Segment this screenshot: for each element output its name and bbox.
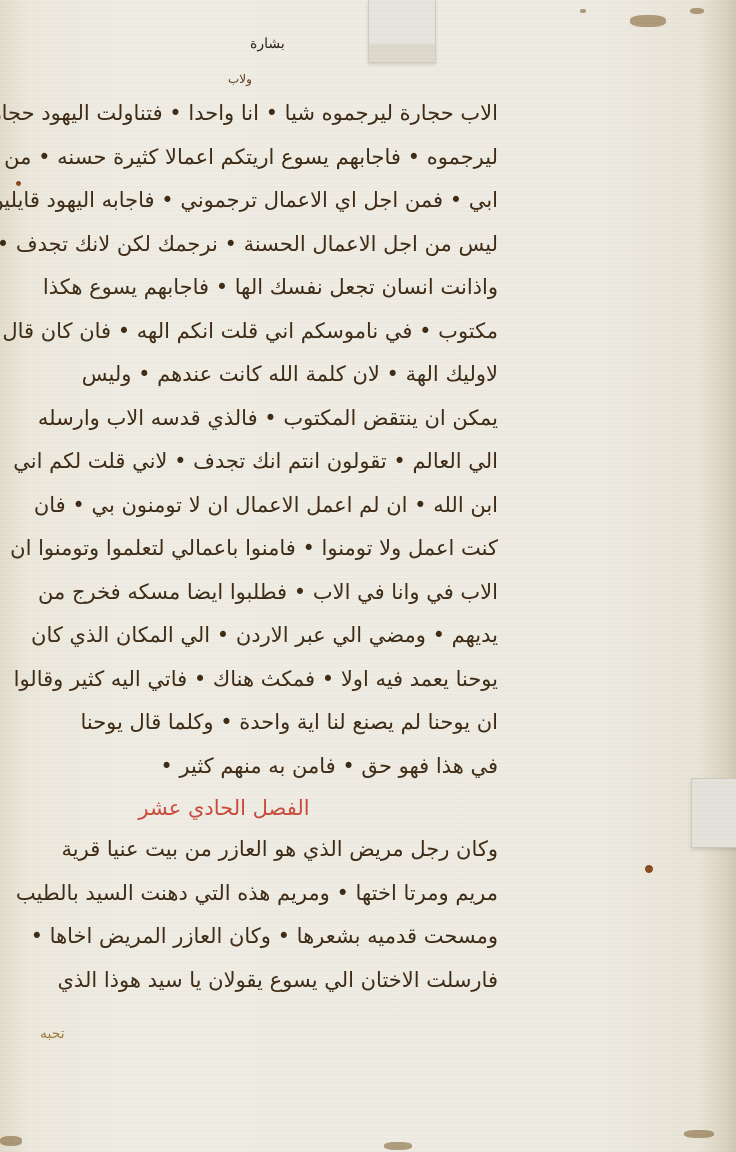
- text-line: ان يوحنا لم يصنع لنا اية واحدة • وكلما ق…: [20, 701, 498, 745]
- text-line: ليرجموه • فاجابهم يسوع اريتكم اعمالا كثي…: [20, 136, 498, 180]
- wormhole-stain: [684, 1130, 714, 1138]
- text-line: الاب حجارة ليرجموه شيا • انا واحدا • فتن…: [20, 92, 498, 136]
- text-line: مكتوب • في ناموسكم اني قلت انكم الهه • ف…: [20, 310, 498, 354]
- page-heading: بشارة: [250, 36, 285, 52]
- text-line: ليس من اجل الاعمال الحسنة • نرجمك لكن لا…: [20, 223, 498, 267]
- text-line: لاوليك الهة • لان كلمة الله كانت عندهم •…: [20, 353, 498, 397]
- text-line: يديهم • ومضي الي عبر الاردن • الي المكان…: [20, 614, 498, 658]
- ink-dot: [645, 865, 653, 873]
- text-line: ابي • فمن اجل اي الاعمال ترجموني • فاجاب…: [20, 179, 498, 223]
- text-line: في هذا فهو حق • فامن به منهم كثير •: [20, 745, 498, 789]
- text-line: كنت اعمل ولا تومنوا • فامنوا باعمالي لتع…: [20, 527, 498, 571]
- text-line: يوحنا يعمد فيه اولا • فمكث هناك • فاتي ا…: [20, 658, 498, 702]
- wormhole-stain: [384, 1142, 412, 1150]
- text-line: يمكن ان ينتقض المكتوب • فالذي قدسه الاب …: [20, 397, 498, 441]
- text-line: فارسلت الاختان الي يسوع يقولان يا سيد هو…: [20, 959, 498, 1003]
- chapter-rubric-heading: الفصل الحادي عشر: [20, 788, 498, 828]
- paper-tab-marker-top: [368, 0, 436, 63]
- text-line: واذانت انسان تجعل نفسك الها • فاجابهم يس…: [20, 266, 498, 310]
- text-line: الي العالم • تقولون انتم انك تجدف • لاني…: [20, 440, 498, 484]
- text-line: ومسحت قدميه بشعرها • وكان العازر المريض …: [20, 915, 498, 959]
- ink-dot: [16, 181, 21, 186]
- wormhole-stain: [690, 8, 704, 14]
- wormhole-stain: [0, 1136, 22, 1146]
- manuscript-page: بشارة ولاب الاب حجارة ليرجموه شيا • انا …: [0, 0, 736, 1152]
- manuscript-text-block: الاب حجارة ليرجموه شيا • انا واحدا • فتن…: [20, 92, 498, 1002]
- text-line: الاب في وانا في الاب • فطلبوا ايضا مسكه …: [20, 571, 498, 615]
- text-line: مريم ومرتا اختها • ومريم هذه التي دهنت ا…: [20, 872, 498, 916]
- wormhole-stain: [580, 9, 586, 13]
- interlinear-correction: ولاب: [228, 72, 252, 86]
- text-line: وكان رجل مريض الذي هو العازر من بيت عنيا…: [20, 828, 498, 872]
- catchword: تحبه: [40, 1026, 65, 1042]
- paper-tab-marker-right: [691, 778, 736, 848]
- wormhole-stain: [630, 15, 666, 27]
- text-line: ابن الله • ان لم اعمل الاعمال ان لا تومن…: [20, 484, 498, 528]
